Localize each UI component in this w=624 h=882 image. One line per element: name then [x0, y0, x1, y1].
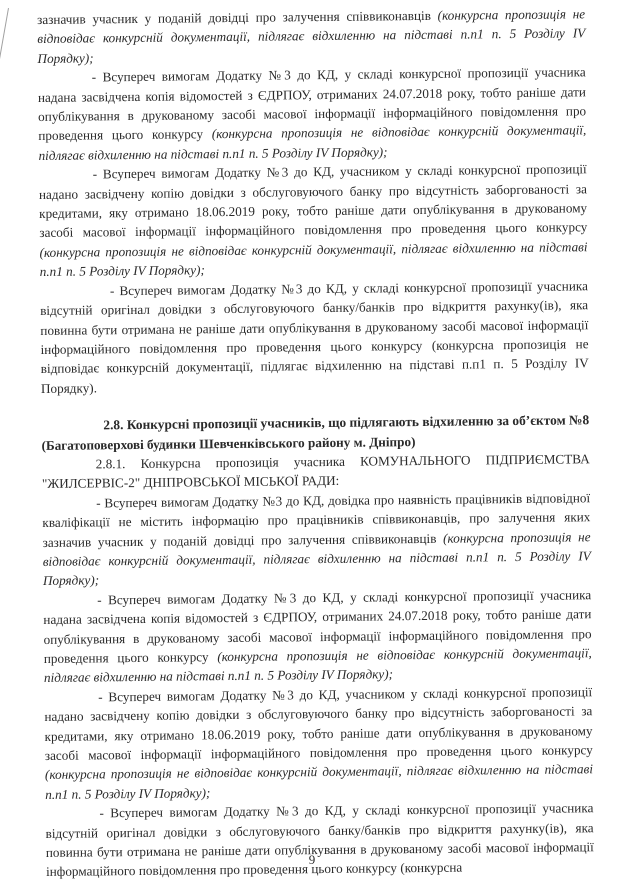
- page-number: 9: [0, 852, 624, 868]
- document-body: зазначив учасник у поданій довідці про з…: [37, 4, 594, 882]
- paragraph-continuation: зазначив учасник у поданій довідці про з…: [37, 4, 586, 68]
- document-page: зазначив учасник у поданій довідці про з…: [0, 0, 624, 882]
- paragraph-workers: - Всупереч вимогам Додатку №3 до КД, дов…: [42, 488, 591, 591]
- paragraph-bank-account-2: - Всупереч вимогам Додатку №3 до КД, у с…: [45, 798, 594, 881]
- paragraph-bank-debt: - Всупереч вимогам Додатку №3 до КД, уча…: [39, 160, 588, 282]
- paragraph-edrpou-2: - Всупереч вимогам Додатку №3 до КД, у с…: [43, 585, 592, 688]
- scan-edge-line: [0, 8, 9, 205]
- paragraph-bank-debt-2: - Всупереч вимогам Додатку №3 до КД, уча…: [44, 682, 593, 804]
- paragraph-edrpou: - Всупереч вимогам Додатку №3 до КД, у с…: [38, 62, 587, 165]
- paragraph-bank-account: - Всупереч вимогам Додатку №3 до КД, у с…: [40, 276, 589, 398]
- subsection-title: 2.8.1. Конкурсна пропозиція учасника КОМ…: [42, 449, 590, 494]
